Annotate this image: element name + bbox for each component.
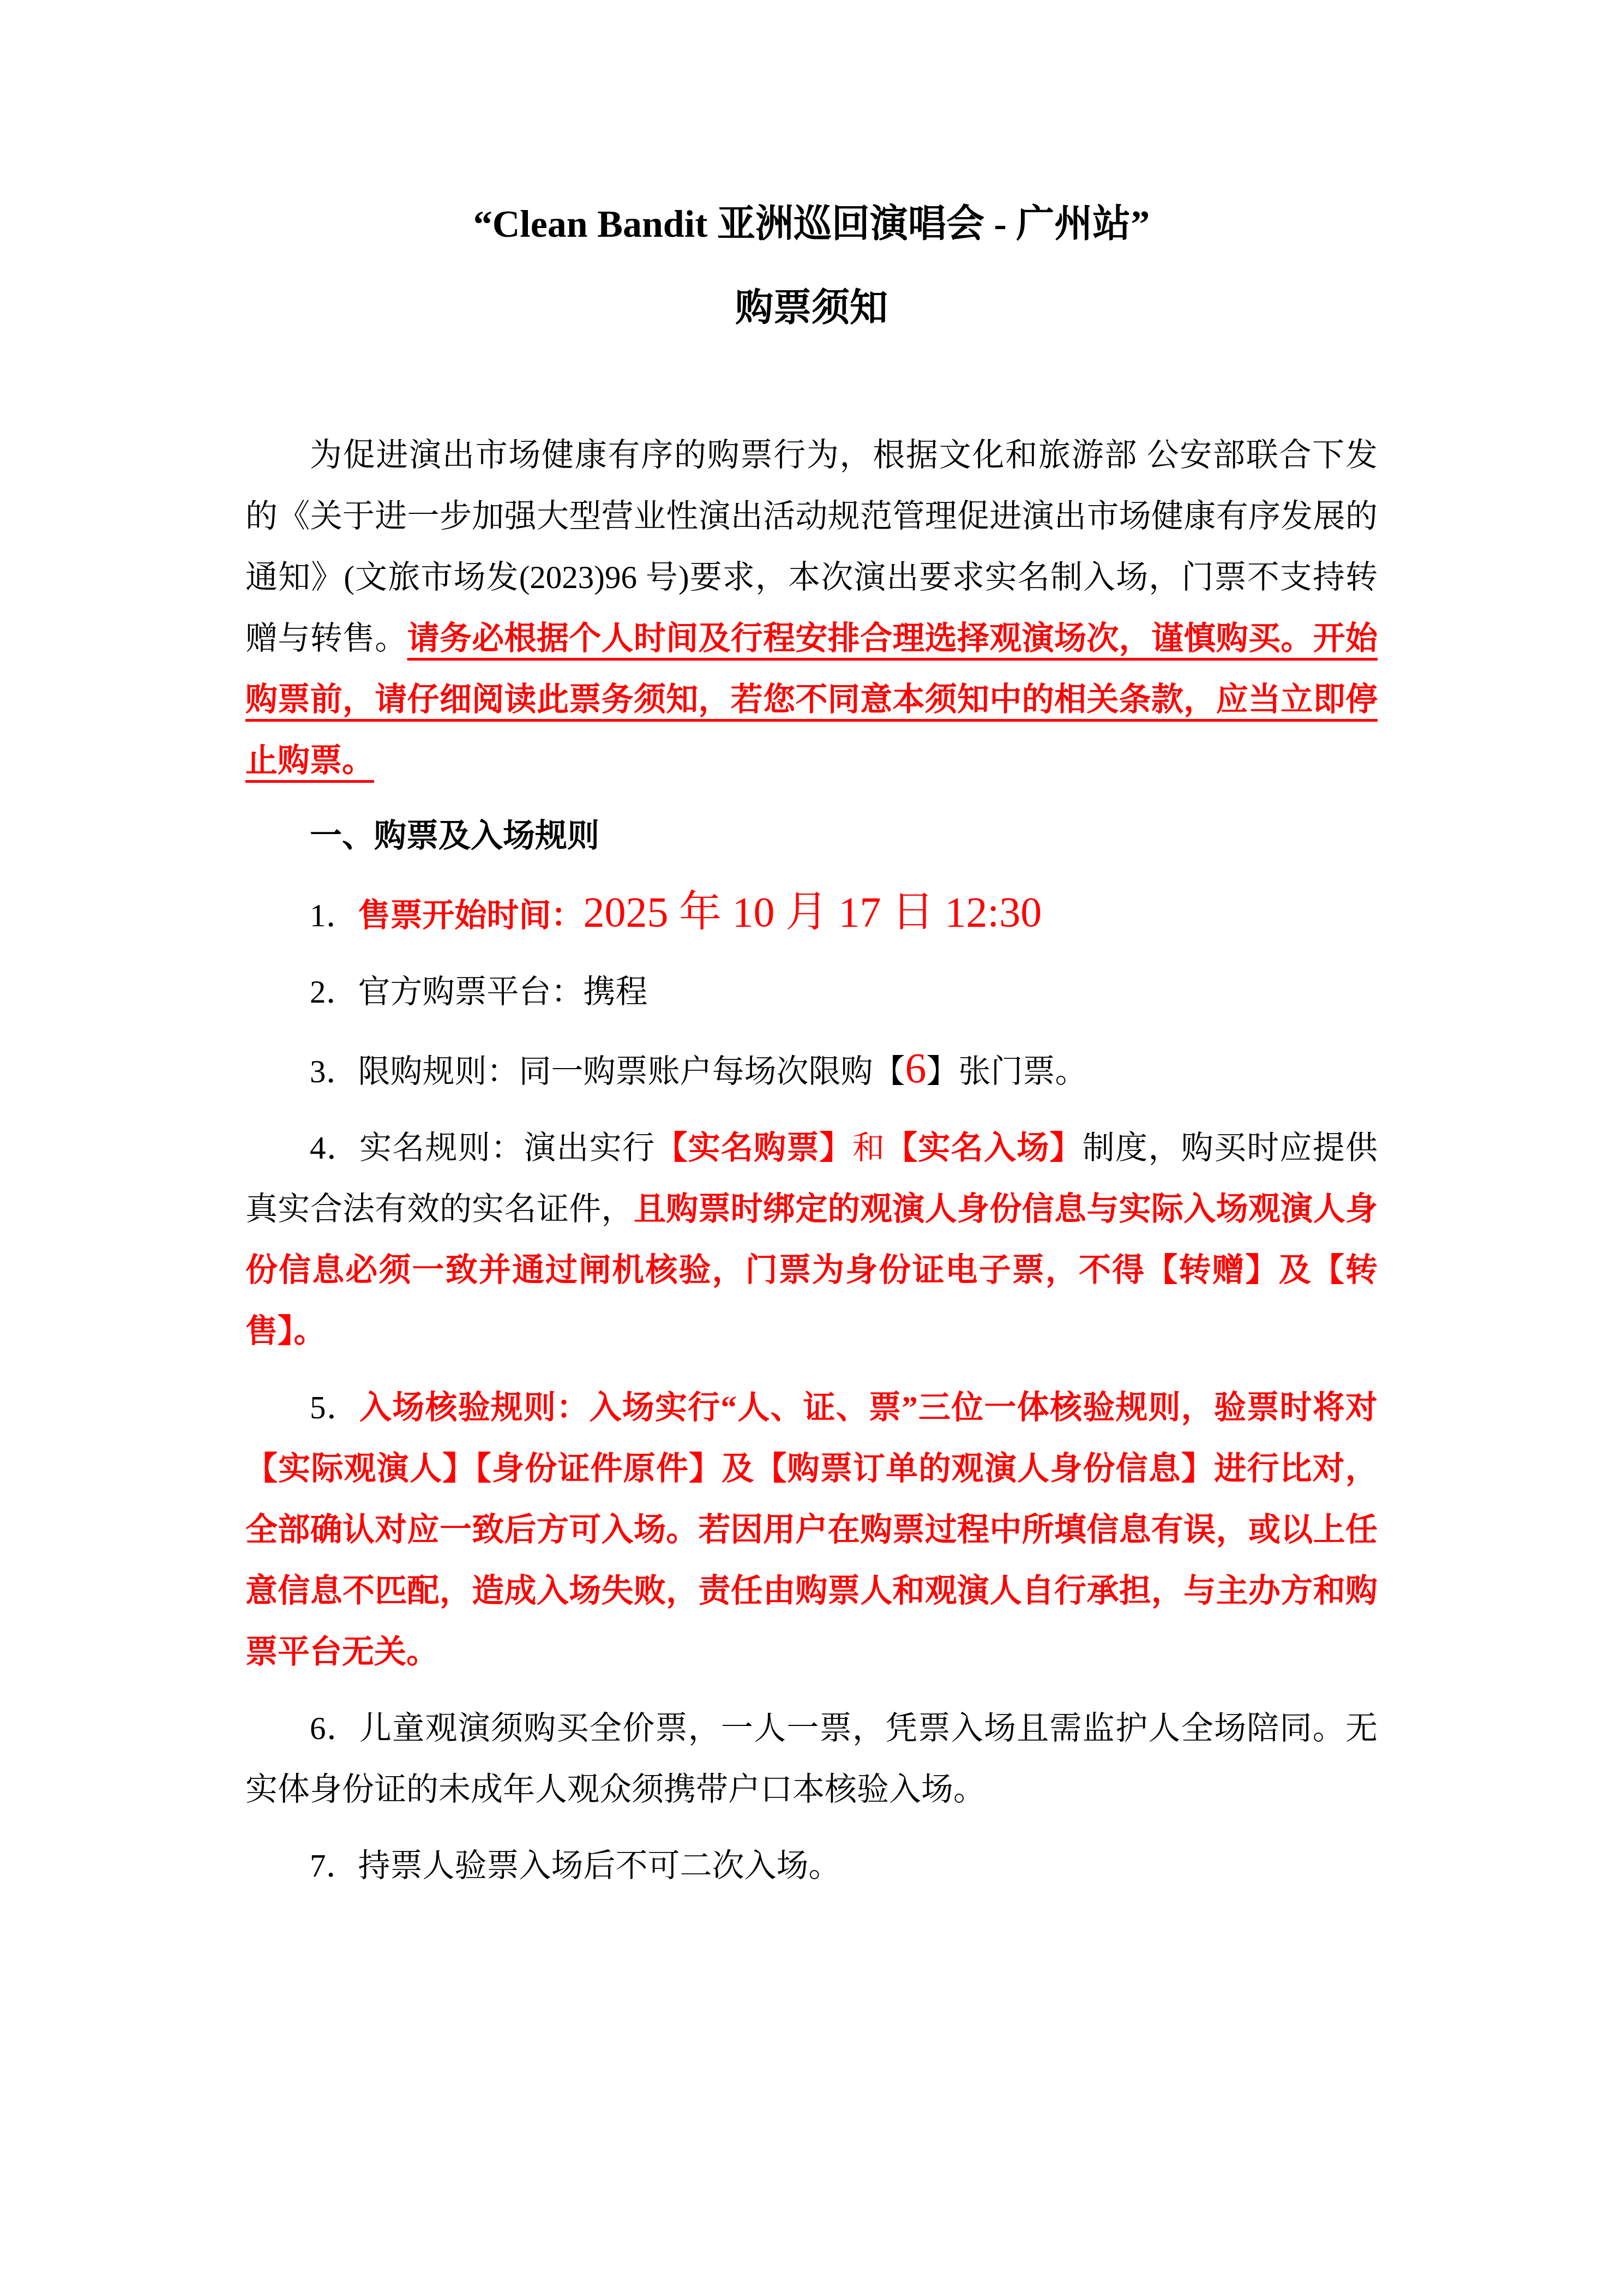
item1-sale-start-datetime: 2025 年 10 月 17 日 12:30 bbox=[584, 888, 1042, 936]
intro-paragraph: 为促进演出市场健康有序的购票行为，根据文化和旅游部 公安部联合下发的《关于进一步… bbox=[245, 424, 1378, 791]
item4-real-name-purchase-tag: 【实名购票】 bbox=[655, 1130, 852, 1166]
item7-text: 7．持票人验票入场后不可二次入场。 bbox=[310, 1848, 841, 1884]
item3-prefix: 3．限购规则：同一购票账户每场次限购【 bbox=[310, 1053, 905, 1089]
item1-label: 售票开始时间： bbox=[358, 897, 584, 933]
intro-red-warning-text: 请务必根据个人时间及行程安排合理选择观演场次，谨慎购买。开始购票前，请仔细阅读此… bbox=[245, 620, 1378, 778]
rule-item-4: 4．实名规则：演出实行【实名购票】和【实名入场】制度，购买时应提供真实合法有效的… bbox=[245, 1117, 1378, 1362]
section-heading: 一、购票及入场规则 bbox=[245, 805, 1378, 866]
item4-connector: 和 bbox=[852, 1130, 885, 1166]
item6-text: 6．儿童观演须购买全价票，一人一票，凭票入场且需监护人全场陪同。无实体身份证的未… bbox=[245, 1710, 1378, 1807]
rule-item-3: 3．限购规则：同一购票账户每场次限购【6】张门票。 bbox=[245, 1038, 1378, 1102]
item3-suffix: 】张门票。 bbox=[927, 1053, 1087, 1089]
item4-real-name-entry-tag: 【实名入场】 bbox=[885, 1130, 1083, 1166]
rule-item-2: 2．官方购票平台：携程 bbox=[245, 961, 1378, 1022]
ticket-notice-document: “Clean Bandit 亚洲巡回演唱会 - 广州站” 购票须知 为促进演出市… bbox=[0, 0, 1623, 2296]
item5-number: 5． bbox=[310, 1389, 359, 1425]
item4-black-prefix: 4．实名规则：演出实行 bbox=[310, 1130, 655, 1166]
item2-text: 2．官方购票平台：携程 bbox=[310, 974, 648, 1010]
item3-purchase-limit: 6 bbox=[905, 1044, 927, 1092]
item5-red-text: 入场核验规则：入场实行“人、证、票”三位一体核验规则，验票时将对【实际观演人】【… bbox=[245, 1389, 1378, 1670]
rule-item-1: 1．售票开始时间：2025 年 10 月 17 日 12:30 bbox=[245, 882, 1378, 946]
rule-item-5: 5．入场核验规则：入场实行“人、证、票”三位一体核验规则，验票时将对【实际观演人… bbox=[245, 1377, 1378, 1682]
page-title: “Clean Bandit 亚洲巡回演唱会 - 广州站” bbox=[245, 192, 1378, 257]
rule-item-7: 7．持票人验票入场后不可二次入场。 bbox=[245, 1835, 1378, 1896]
page-subtitle: 购票须知 bbox=[245, 276, 1378, 341]
rule-item-6: 6．儿童观演须购买全价票，一人一票，凭票入场且需监护人全场陪同。无实体身份证的未… bbox=[245, 1698, 1378, 1820]
item1-number: 1． bbox=[310, 897, 358, 933]
